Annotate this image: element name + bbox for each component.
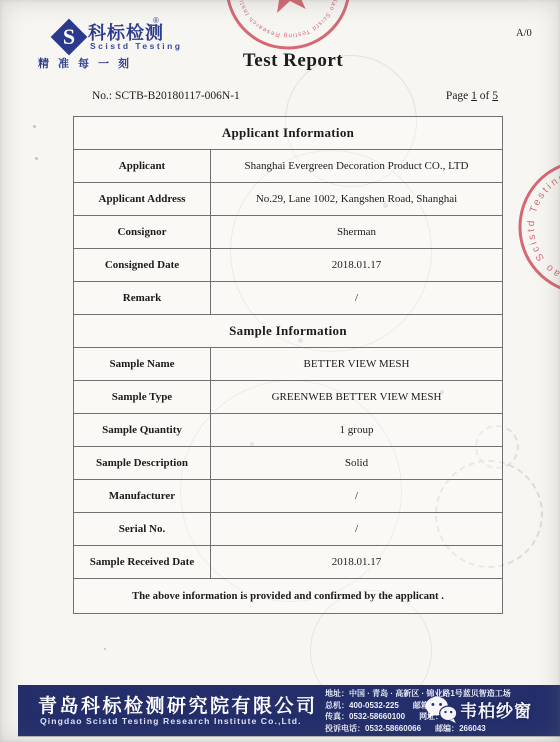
table-row: Applicant Address No.29, Lane 1002, Kang… — [74, 183, 503, 216]
scanned-test-report-page: { "header": { "logo": { "letter": "S", "… — [0, 0, 560, 742]
phone-value: 400-0532-225 — [349, 700, 399, 712]
complaint-value: 0532-58660066 — [365, 723, 421, 735]
row-label: Sample Description — [74, 447, 211, 480]
footer-company-cn: 青岛科标检测研究院有限公司 — [38, 691, 318, 718]
table-row: Serial No. / — [74, 513, 503, 546]
fax-value: 0532-58660100 — [349, 711, 405, 723]
row-value: Solid — [211, 447, 503, 480]
table-row: Sample Received Date 2018.01.17 — [74, 546, 503, 579]
table-row: Manufacturer / — [74, 480, 503, 513]
row-value: Shanghai Evergreen Decoration Product CO… — [211, 150, 503, 183]
svg-text:Qingdao Scistd Testing Researc: Qingdao Scistd Testing Research Institut… — [513, 154, 560, 300]
zip-value: 266043 — [459, 723, 486, 735]
table-row: Sample Description Solid — [74, 447, 503, 480]
row-value: Sherman — [211, 216, 503, 249]
page-number: 1 — [471, 90, 477, 102]
wechat-watermark: 韦柏纱窗 — [424, 695, 532, 724]
footer-complaint-row: 投诉电话： 0532-58660066 邮编： 266043 — [325, 723, 557, 735]
row-value: BETTER VIEW MESH — [211, 348, 503, 381]
fax-label: 传真： — [325, 711, 349, 723]
row-value: GREENWEB BETTER VIEW MESH — [211, 381, 503, 414]
row-label: Consigned Date — [74, 249, 211, 282]
section-title: Sample Information — [74, 315, 503, 348]
row-label: Serial No. — [74, 513, 211, 546]
row-label: Remark — [74, 282, 211, 315]
svg-text:Qingdao Scistd Testing Researc: Qingdao Scistd Testing Research Institut… — [203, 0, 347, 49]
footer-company-en: Qingdao Scistd Testing Research Institut… — [40, 716, 302, 726]
confirmation-note: The above information is provided and co… — [74, 579, 503, 614]
seal-ring-text-en: Qingdao Scistd Testing Research Institut… — [203, 0, 347, 49]
row-value: 1 group — [211, 414, 503, 447]
address-label: 地址： — [325, 688, 349, 700]
report-number: No.: SCTB-B20180117-006N-1 — [92, 90, 240, 102]
row-value: / — [211, 513, 503, 546]
sample-section-header: Sample Information — [74, 315, 503, 348]
complaint-label: 投诉电话： — [325, 723, 365, 735]
table-row: Sample Name BETTER VIEW MESH — [74, 348, 503, 381]
applicant-rows: Applicant Shanghai Evergreen Decoration … — [74, 150, 503, 315]
of-word: of — [480, 90, 490, 102]
row-label: Sample Received Date — [74, 546, 211, 579]
doc-revision-code: A/0 — [516, 28, 532, 39]
page-word: Page — [446, 90, 468, 102]
table-row: Consigned Date 2018.01.17 — [74, 249, 503, 282]
phone-label: 总机： — [325, 700, 349, 712]
page-total: 5 — [492, 90, 498, 102]
row-value: No.29, Lane 1002, Kangshen Road, Shangha… — [211, 183, 503, 216]
row-label: Sample Name — [74, 348, 211, 381]
row-value: 2018.01.17 — [211, 249, 503, 282]
table-row: Remark / — [74, 282, 503, 315]
table-row: Sample Quantity 1 group — [74, 414, 503, 447]
row-value: 2018.01.17 — [211, 546, 503, 579]
wechat-watermark-text: 韦柏纱窗 — [460, 697, 532, 722]
scan-speck — [104, 648, 106, 650]
page-indicator: Page 1 of 5 — [446, 90, 498, 102]
table-row: Applicant Shanghai Evergreen Decoration … — [74, 150, 503, 183]
section-title: Applicant Information — [74, 117, 503, 150]
row-label: Consignor — [74, 216, 211, 249]
wechat-icon — [424, 695, 458, 724]
row-label: Applicant Address — [74, 183, 211, 216]
zip-label: 邮编： — [435, 723, 459, 735]
seal-star — [262, 0, 314, 14]
scan-speck — [33, 125, 36, 128]
table-row: Consignor Sherman — [74, 216, 503, 249]
section-header-row: Sample Information — [74, 315, 503, 348]
registered-mark: ® — [153, 16, 159, 25]
table-row: Sample Type GREENWEB BETTER VIEW MESH — [74, 381, 503, 414]
row-value: / — [211, 282, 503, 315]
row-label: Sample Type — [74, 381, 211, 414]
note-section: The above information is provided and co… — [74, 579, 503, 614]
section-header-row: Applicant Information — [74, 117, 503, 150]
seal-ring-text: Qingdao Scistd Testing Research Institut… — [513, 154, 560, 300]
row-label: Applicant — [74, 150, 211, 183]
scan-speck — [35, 157, 38, 160]
row-value: / — [211, 480, 503, 513]
page-title: Test Report — [0, 50, 560, 72]
report-table: Applicant Information Applicant Shanghai… — [73, 116, 503, 614]
row-label: Sample Quantity — [74, 414, 211, 447]
row-label: Manufacturer — [74, 480, 211, 513]
logo-letter: S — [57, 24, 81, 50]
applicant-section-header: Applicant Information — [74, 117, 503, 150]
confirmation-note-row: The above information is provided and co… — [74, 579, 503, 614]
sample-rows: Sample Name BETTER VIEW MESH Sample Type… — [74, 348, 503, 579]
